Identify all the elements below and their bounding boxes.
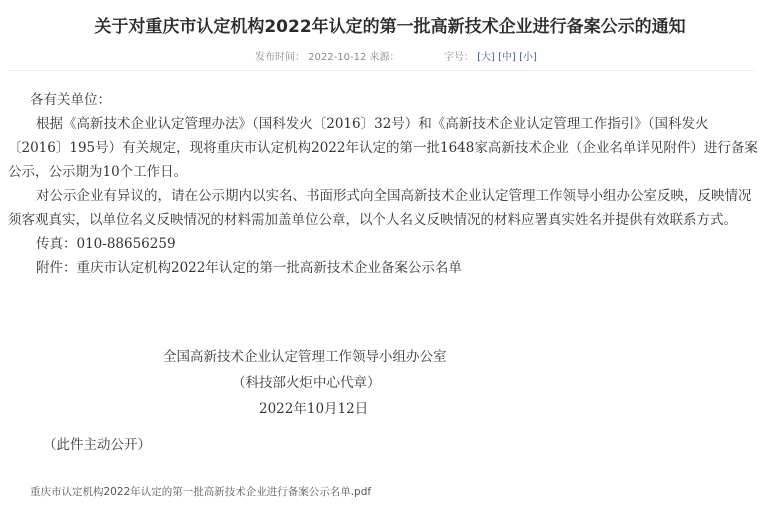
source-label: 来源： [370,52,400,63]
header-divider [8,70,754,71]
publish-date: 2022-10-12 [308,52,366,63]
font-size-label: 字号： [444,52,474,63]
signature-date: 2022年10月12日 [259,397,368,417]
signature-org: 全国高新技术企业认定管理工作领导小组办公室 [163,345,447,365]
publish-label: 发布时间： [255,52,305,63]
article-meta: 发布时间： 2022-10-12 来源： 字号： [大] [中] [小] [255,48,537,63]
font-size-small-button[interactable]: [小] [519,52,537,63]
font-size-medium-button[interactable]: [中] [498,52,516,63]
public-note: （此件主动公开） [43,433,151,453]
paragraph-objection: 对公示企业有异议的，请在公示期内以实名、书面形式向全国高新技术企业认定管理工作领… [8,184,760,232]
article-body: 各有关单位： 根据《高新技术企业认定管理办法》（国科发火〔2016〕32号）和《… [8,88,760,280]
salutation: 各有关单位： [8,88,760,112]
attachment-download-link[interactable]: 重庆市认定机构2022年认定的第一批高新技术企业进行备案公示名单.pdf [30,484,371,499]
font-size-large-button[interactable]: [大] [477,52,495,63]
signature-seal: （科技部火炬中心代章） [232,371,381,391]
fax-line: 传真：010-88656259 [8,232,760,256]
article-title: 关于对重庆市认定机构2022年认定的第一批高新技术企业进行备案公示的通知 [0,12,780,37]
attachment-line: 附件：重庆市认定机构2022年认定的第一批高新技术企业备案公示名单 [8,256,760,280]
paragraph-basis: 根据《高新技术企业认定管理办法》（国科发火〔2016〕32号）和《高新技术企业认… [8,112,760,184]
